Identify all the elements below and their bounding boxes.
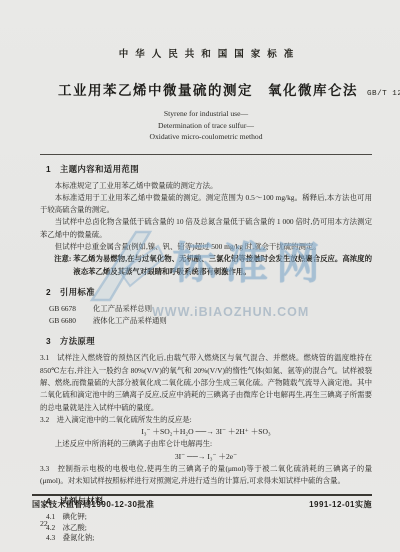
- section-3-2-continuation: 上述反应中所消耗的三碘离子由库仑计电解再生:: [40, 438, 372, 450]
- reference-code: GB 6678: [49, 303, 83, 315]
- reference-code: GB 6680: [49, 315, 83, 327]
- section-1-paragraph-3: 当试样中总卤化物含量低于硫含量的 10 倍及总氮含量低于硫含量的 1 000 倍…: [40, 216, 372, 241]
- reference-title: 化工产品采样总则: [93, 304, 152, 313]
- english-title-line2: Determination of trace sulfur—: [40, 120, 372, 132]
- english-title-line3: Oxidative micro-coulometric method: [40, 131, 372, 143]
- header-divider: [40, 154, 372, 155]
- english-title-line1: Styrene for industrial use—: [40, 108, 372, 120]
- page-number: 22: [40, 519, 372, 528]
- reagent-item-3: 4.3 叠氮化钠;: [40, 533, 372, 543]
- reaction-formula-1: I₃⁻ ＋SO₂＋H₂O ──→ 3I⁻ ＋2H⁺ ＋SO₃: [40, 426, 372, 438]
- approval-date: 国家技术监督局1990-12-30批准: [32, 499, 154, 510]
- standard-number: GB/T 12688.6—90: [367, 90, 400, 98]
- document-page: 标准网 WWW.iBIAOZHUN.COM 中华人民共和国国家标准 工业用苯乙烯…: [0, 0, 400, 552]
- title-row: 工业用苯乙烯中微量硫的测定 氧化微库仑法 GB/T 12688.6—90: [40, 79, 372, 99]
- section-1-heading: 1 主题内容和适用范围: [46, 163, 372, 175]
- section-1-paragraph-4: 但试样中总重金属含量(例如,镍、钒、铅等)超过 500 mg/kg 时,就会干扰…: [40, 241, 372, 253]
- section-1-warning-note: 注意: 苯乙烯为易燃物,在与过氧化物、无机酸、三氯化铝等接触时会发生放热聚合反应…: [40, 253, 372, 278]
- reference-row: GB 6680 液体化工产品采样通则: [40, 315, 372, 327]
- footer-divider: [32, 494, 372, 496]
- footer-row: 国家技术监督局1990-12-30批准 1991-12-01实施: [32, 499, 372, 510]
- section-1-paragraph-2: 本标准适用于工业用苯乙烯中微量硫的测定。测定范围为 0.5～100 mg/kg。…: [40, 192, 372, 217]
- implementation-date: 1991-12-01实施: [309, 499, 372, 510]
- document-content: 中华人民共和国国家标准 工业用苯乙烯中微量硫的测定 氧化微库仑法 GB/T 12…: [40, 0, 372, 543]
- footer: 国家技术监督局1990-12-30批准 1991-12-01实施 22: [32, 494, 372, 528]
- document-title: 工业用苯乙烯中微量硫的测定 氧化微库仑法: [58, 79, 358, 99]
- reference-title: 液体化工产品采样通则: [93, 316, 167, 325]
- section-2-heading: 2 引用标准: [46, 286, 372, 298]
- section-1-paragraph-1: 本标准规定了工业用苯乙烯中微量硫的测定方法。: [40, 180, 372, 192]
- section-3-1-paragraph: 3.1 试样注入燃烧管的预热区汽化后,由载气带入燃烧区与氧气混合、并燃烧。燃烧管…: [40, 352, 372, 413]
- section-3-3-paragraph: 3.3 控制指示电极的电极电位,使再生的三碘离子的量(μmol)等于被二氧化硫消…: [40, 463, 372, 488]
- section-3-2-intro: 3.2 进入滴定池中的二氧化硫所发生的反应是:: [40, 414, 372, 426]
- reaction-formula-2: 3I⁻ ──→ I₃⁻ ＋2e⁻: [40, 451, 372, 463]
- english-title-block: Styrene for industrial use— Determinatio…: [40, 108, 372, 143]
- reference-row: GB 6678 化工产品采样总则: [40, 303, 372, 315]
- standard-authority-line: 中华人民共和国国家标准: [40, 46, 372, 60]
- section-3-heading: 3 方法原理: [46, 335, 372, 347]
